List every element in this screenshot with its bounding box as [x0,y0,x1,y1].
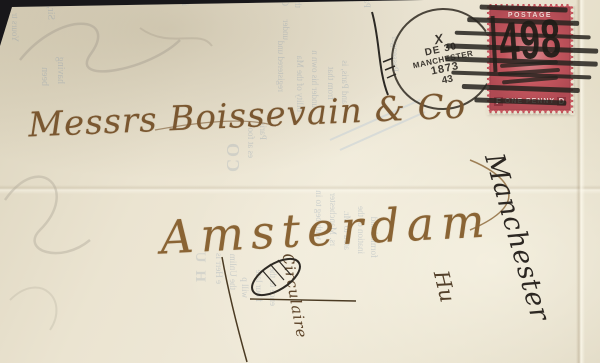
postal-cover-scan: Yours trSir,anaging Direname and forin a… [0,0,600,363]
cover-sheet: Yours trSir,anaging Direname and forin a… [0,0,600,363]
stamp-perforation-bottom [485,110,575,115]
ghost-text-fragment: name and for [140,0,150,4]
ghost-text-fragment: anaging Dire [120,0,130,2]
cancel-bar [462,84,581,93]
